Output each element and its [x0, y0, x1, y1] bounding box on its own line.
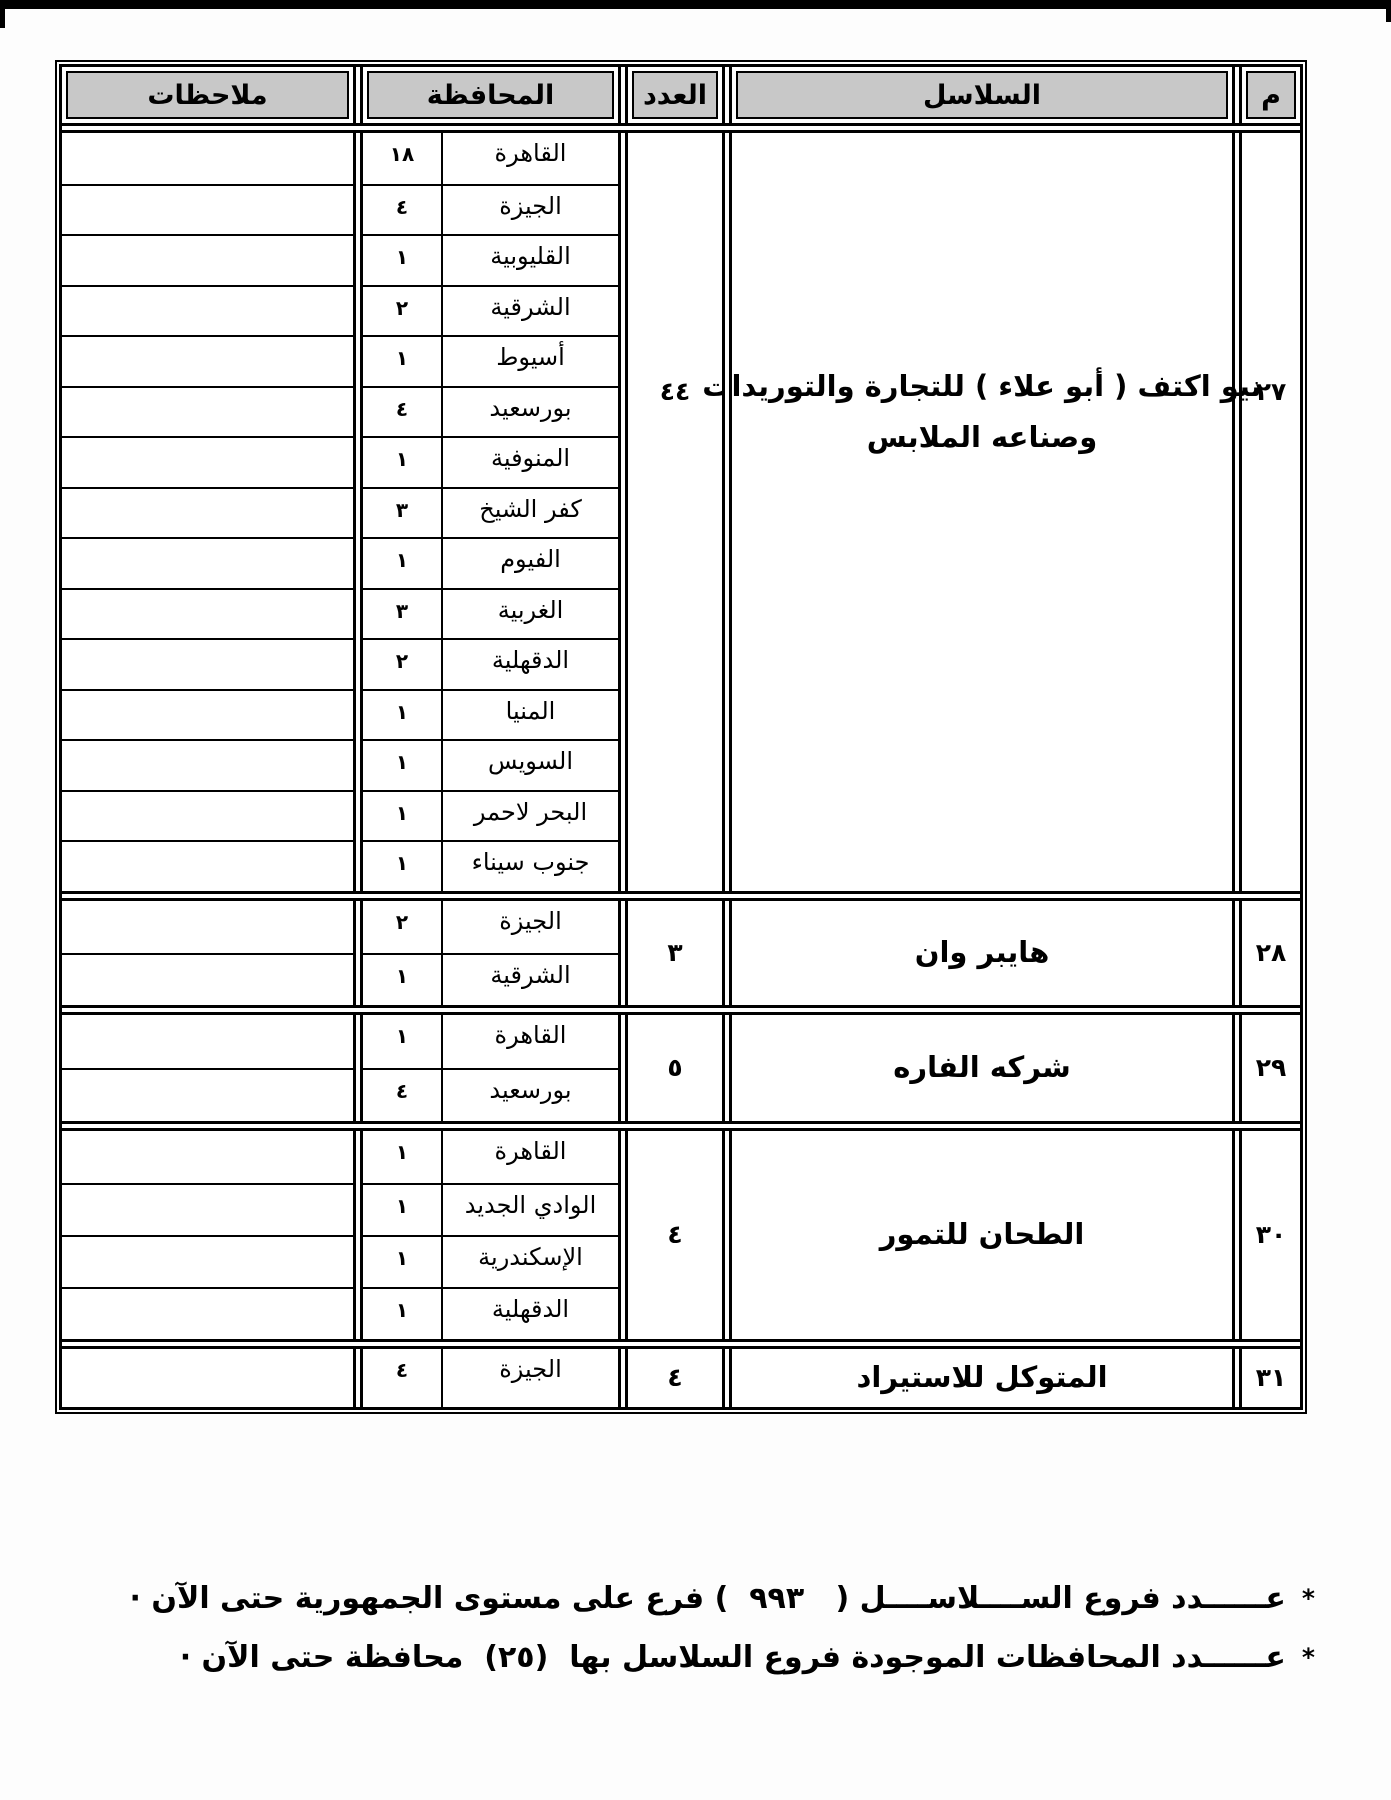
- governorate-count: ١: [363, 539, 441, 588]
- governorate-row: المنيا ١: [363, 689, 618, 740]
- governorate-row: القاهرة ١٨: [363, 133, 618, 184]
- governorate-row: القليوبية ١: [363, 234, 618, 285]
- governorate-row: الشرقية ١: [363, 953, 618, 1005]
- column-divider: [353, 67, 363, 123]
- chain-name: نيو اكتف ( أبو علاء ) للتجارة والتوريدات: [702, 361, 1261, 412]
- column-divider: [722, 67, 732, 123]
- governorates-cell: الجيزة ٤: [363, 1349, 618, 1407]
- governorate-row: الجيزة ٢: [363, 901, 618, 953]
- governorate-row: الجيزة ٤: [363, 1349, 618, 1407]
- row-index: ٢٨: [1242, 901, 1300, 1005]
- row-group-divider: [62, 891, 1300, 901]
- footnote-total-branches: * عــــــدد فروع الســــلاســــل ( ٩٩٣ )…: [130, 1582, 1315, 1617]
- note-row: [62, 436, 353, 487]
- notes-cell: [62, 1131, 353, 1339]
- row-group-divider: [62, 1339, 1300, 1349]
- governorate-row: جنوب سيناء ١: [363, 840, 618, 891]
- row-index: ٣١: [1242, 1349, 1300, 1407]
- note-row: [62, 335, 353, 386]
- governorate-name: كفر الشيخ: [441, 489, 618, 538]
- note-row: [62, 184, 353, 235]
- branch-total: ٤: [628, 1349, 722, 1407]
- row-index: ٢٩: [1242, 1015, 1300, 1121]
- branch-total: ٤٤: [628, 133, 722, 891]
- notes-cell: [62, 1349, 353, 1407]
- governorate-name: الشرقية: [441, 955, 618, 1005]
- chain-name-cell: شركه الفاره: [732, 1015, 1232, 1121]
- note-row: [62, 285, 353, 336]
- column-divider: [722, 133, 732, 891]
- chain-name: هايبر وان: [915, 927, 1050, 978]
- column-divider: [722, 1349, 732, 1407]
- governorate-name: الفيوم: [441, 539, 618, 588]
- note-row: [62, 234, 353, 285]
- governorate-name: القليوبية: [441, 236, 618, 285]
- note-row: [62, 840, 353, 891]
- branch-total: ٣: [628, 901, 722, 1005]
- governorate-count: ١: [363, 1185, 441, 1235]
- governorate-row: بورسعيد ٤: [363, 386, 618, 437]
- chain-name-cell: هايبر وان: [732, 901, 1232, 1005]
- governorate-row: القاهرة ١: [363, 1131, 618, 1183]
- note-row: [62, 487, 353, 538]
- governorates-cell: القاهرة ١ الوادي الجديد ١ الإسكندرية ١ ا…: [363, 1131, 618, 1339]
- footnote-text: عــــــدد المحافظات الموجودة فروع السلاس…: [180, 1641, 1286, 1676]
- column-divider: [353, 1349, 363, 1407]
- governorate-row: بورسعيد ٤: [363, 1068, 618, 1121]
- column-divider: [1232, 1349, 1242, 1407]
- column-divider: [618, 1349, 628, 1407]
- governorate-name: السويس: [441, 741, 618, 790]
- column-divider: [1232, 67, 1242, 123]
- governorate-count: ١: [363, 1237, 441, 1287]
- note-row: [62, 386, 353, 437]
- chain-name-cell: الطحان للتمور: [732, 1131, 1232, 1339]
- note-row: [62, 638, 353, 689]
- governorate-name: الجيزة: [441, 1349, 618, 1407]
- asterisk-marker: *: [1302, 1582, 1315, 1614]
- governorate-count: ٤: [363, 186, 441, 235]
- note-row: [62, 1183, 353, 1235]
- governorate-count: ٢: [363, 287, 441, 336]
- governorate-row: كفر الشيخ ٣: [363, 487, 618, 538]
- row-group-divider: [62, 123, 1300, 133]
- governorate-count: ١٨: [363, 133, 441, 184]
- note-row: [62, 537, 353, 588]
- chain-row-31: ٣١ المتوكل للاستيراد ٤ الجيزة ٤: [62, 1349, 1300, 1407]
- column-divider: [1232, 901, 1242, 1005]
- governorate-name: الشرقية: [441, 287, 618, 336]
- governorate-name: الغربية: [441, 590, 618, 639]
- note-row: [62, 1015, 353, 1068]
- governorate-count: ٢: [363, 901, 441, 953]
- governorate-count: ١: [363, 337, 441, 386]
- governorate-row: أسيوط ١: [363, 335, 618, 386]
- governorate-name: الدقهلية: [441, 640, 618, 689]
- column-divider: [618, 901, 628, 1005]
- branch-total: ٤: [628, 1131, 722, 1339]
- chain-name: المتوكل للاستيراد: [856, 1352, 1107, 1403]
- chain-row-30: ٣٠ الطحان للتمور ٤ القاهرة ١ الوادي الجد…: [62, 1131, 1300, 1339]
- governorate-name: الإسكندرية: [441, 1237, 618, 1287]
- governorate-row: الدقهلية ١: [363, 1287, 618, 1339]
- note-row: [62, 689, 353, 740]
- column-divider: [618, 133, 628, 891]
- governorate-count: ١: [363, 842, 441, 891]
- scan-edge-left: [0, 9, 5, 28]
- note-row: [62, 1068, 353, 1121]
- column-divider: [722, 1131, 732, 1339]
- row-group-divider: [62, 1005, 1300, 1015]
- governorate-row: الدقهلية ٢: [363, 638, 618, 689]
- governorate-count: ٤: [363, 1070, 441, 1121]
- governorate-row: السويس ١: [363, 739, 618, 790]
- governorate-name: المنوفية: [441, 438, 618, 487]
- column-divider: [722, 901, 732, 1005]
- governorate-row: الشرقية ٢: [363, 285, 618, 336]
- row-index: ٣٠: [1242, 1131, 1300, 1339]
- governorate-count: ١: [363, 1131, 441, 1183]
- scanned-document-page: م السلاسل العدد المحافظة ملاحظات: [0, 0, 1391, 1800]
- governorate-name: القاهرة: [441, 1131, 618, 1183]
- footnotes: * عــــــدد فروع الســــلاســــل ( ٩٩٣ )…: [130, 1582, 1315, 1699]
- column-divider: [353, 1131, 363, 1339]
- governorate-count: ١: [363, 1289, 441, 1339]
- note-row: [62, 901, 353, 953]
- note-row: [62, 1287, 353, 1339]
- governorate-name: الدقهلية: [441, 1289, 618, 1339]
- header-notes-label: ملاحظات: [66, 71, 349, 119]
- governorate-name: البحر لاحمر: [441, 792, 618, 841]
- governorate-name: أسيوط: [441, 337, 618, 386]
- governorates-cell: القاهرة ١٨ الجيزة ٤ القليوبية ١ الشرقية …: [363, 133, 618, 891]
- governorate-name: المنيا: [441, 691, 618, 740]
- footnote-text: عــــــدد فروع الســــلاســــل ( ٩٩٣ ) ف…: [130, 1582, 1286, 1617]
- note-row: [62, 588, 353, 639]
- column-divider: [618, 1131, 628, 1339]
- governorate-count: ١: [363, 955, 441, 1005]
- governorate-count: ٣: [363, 590, 441, 639]
- governorate-name: بورسعيد: [441, 388, 618, 437]
- asterisk-marker: *: [1302, 1641, 1315, 1673]
- governorate-row: الفيوم ١: [363, 537, 618, 588]
- column-divider: [618, 67, 628, 123]
- governorate-row: القاهرة ١: [363, 1015, 618, 1068]
- governorate-name: القاهرة: [441, 1015, 618, 1068]
- governorate-count: ٣: [363, 489, 441, 538]
- header-chains-label: السلاسل: [736, 71, 1228, 119]
- column-divider: [353, 901, 363, 1005]
- governorate-count: ٢: [363, 640, 441, 689]
- column-divider: [353, 133, 363, 891]
- chain-name-cell: المتوكل للاستيراد: [732, 1349, 1232, 1407]
- table-header-row: م السلاسل العدد المحافظة ملاحظات: [62, 67, 1300, 123]
- branch-total: ٥: [628, 1015, 722, 1121]
- governorate-name: القاهرة: [441, 133, 618, 184]
- scan-edge-top: [0, 0, 1391, 9]
- governorate-row: المنوفية ١: [363, 436, 618, 487]
- header-cell-governorate: المحافظة: [363, 67, 618, 123]
- header-cell-notes: ملاحظات: [62, 67, 353, 123]
- column-divider: [722, 1015, 732, 1121]
- chains-table-inner: م السلاسل العدد المحافظة ملاحظات: [59, 64, 1303, 1410]
- header-count-label: العدد: [632, 71, 718, 119]
- governorate-count: ١: [363, 1015, 441, 1068]
- note-row: [62, 1349, 353, 1407]
- governorate-name: الجيزة: [441, 186, 618, 235]
- column-divider: [1232, 133, 1242, 891]
- row-index: ٢٧: [1242, 133, 1300, 891]
- governorate-count: ١: [363, 792, 441, 841]
- notes-cell: [62, 1015, 353, 1121]
- column-divider: [353, 1015, 363, 1121]
- header-cell-count: العدد: [628, 67, 722, 123]
- governorate-row: الإسكندرية ١: [363, 1235, 618, 1287]
- governorate-name: الوادي الجديد: [441, 1185, 618, 1235]
- notes-cell: [62, 901, 353, 1005]
- notes-cell: [62, 133, 353, 891]
- chain-name: شركه الفاره: [893, 1042, 1071, 1093]
- note-row: [62, 1131, 353, 1183]
- governorate-count: ١: [363, 691, 441, 740]
- note-row: [62, 790, 353, 841]
- note-row: [62, 953, 353, 1005]
- column-divider: [1232, 1131, 1242, 1339]
- header-cell-chains: السلاسل: [732, 67, 1232, 123]
- governorate-name: الجيزة: [441, 901, 618, 953]
- governorate-row: الوادي الجديد ١: [363, 1183, 618, 1235]
- governorate-count: ١: [363, 741, 441, 790]
- note-row: [62, 739, 353, 790]
- header-cell-index: م: [1242, 67, 1300, 123]
- footnote-total-governorates: * عــــــدد المحافظات الموجودة فروع السل…: [130, 1641, 1315, 1676]
- governorates-cell: القاهرة ١ بورسعيد ٤: [363, 1015, 618, 1121]
- chain-name-line2: وصناعه الملابس: [867, 412, 1097, 463]
- note-row: [62, 133, 353, 184]
- governorate-name: بورسعيد: [441, 1070, 618, 1121]
- column-divider: [618, 1015, 628, 1121]
- governorates-cell: الجيزة ٢ الشرقية ١: [363, 901, 618, 1005]
- governorate-count: ١: [363, 438, 441, 487]
- column-divider: [1232, 1015, 1242, 1121]
- governorate-count: ٤: [363, 1349, 441, 1407]
- chain-name-cell: نيو اكتف ( أبو علاء ) للتجارة والتوريدات…: [732, 133, 1232, 891]
- chain-row-27: ٢٧ نيو اكتف ( أبو علاء ) للتجارة والتوري…: [62, 133, 1300, 891]
- governorate-row: الغربية ٣: [363, 588, 618, 639]
- governorate-count: ١: [363, 236, 441, 285]
- governorate-count: ٤: [363, 388, 441, 437]
- header-index-label: م: [1246, 71, 1296, 119]
- header-governorate-label: المحافظة: [367, 71, 614, 119]
- chain-row-29: ٢٩ شركه الفاره ٥ القاهرة ١ بورسعيد ٤: [62, 1015, 1300, 1121]
- governorate-name: جنوب سيناء: [441, 842, 618, 891]
- chains-table: م السلاسل العدد المحافظة ملاحظات: [55, 60, 1307, 1414]
- chain-row-28: ٢٨ هايبر وان ٣ الجيزة ٢ الشرقية ١: [62, 901, 1300, 1005]
- row-group-divider: [62, 1121, 1300, 1131]
- note-row: [62, 1235, 353, 1287]
- chain-name: الطحان للتمور: [880, 1209, 1085, 1260]
- governorate-row: الجيزة ٤: [363, 184, 618, 235]
- governorate-row: البحر لاحمر ١: [363, 790, 618, 841]
- scan-edge-right: [1386, 9, 1391, 22]
